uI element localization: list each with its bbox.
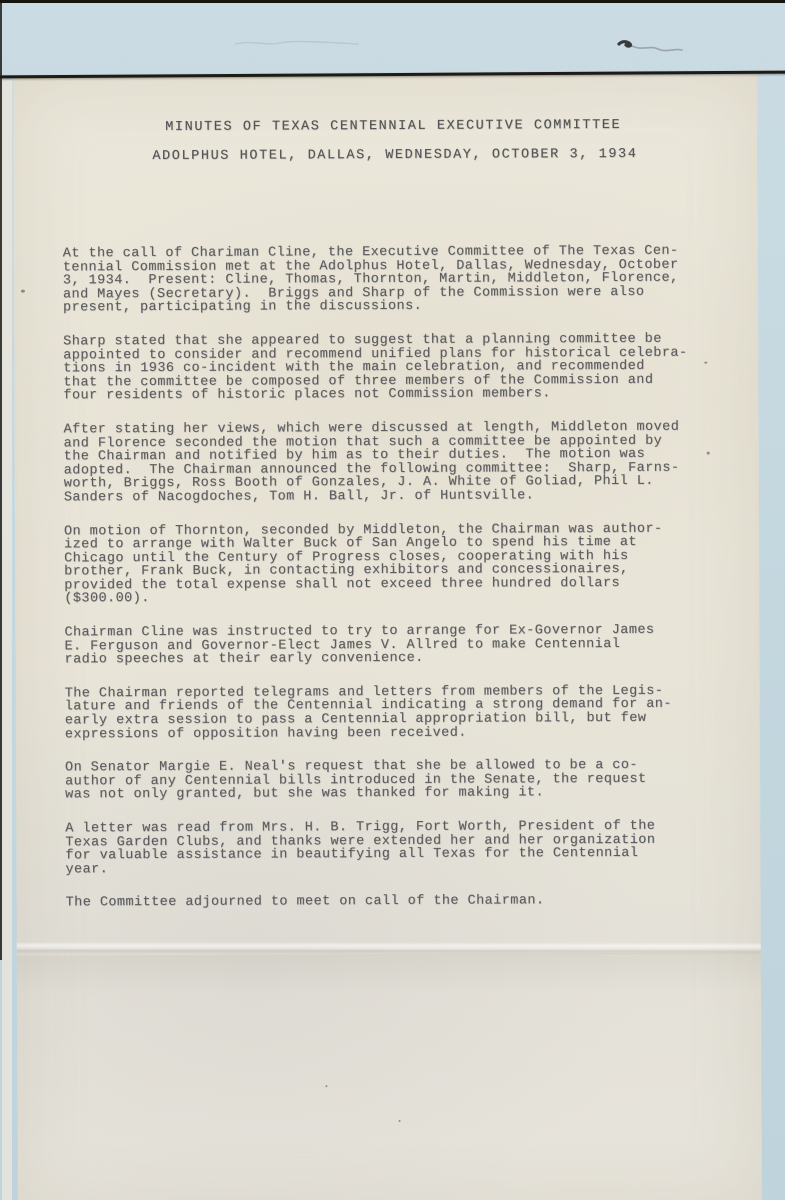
paragraph: A letter was read from Mrs. H. B. Trigg,…	[65, 820, 725, 877]
faint-smudge-mark	[232, 30, 362, 54]
paragraph: On Senator Margie E. Neal's request that…	[65, 759, 725, 803]
document-title: MINUTES OF TEXAS CENTENNIAL EXECUTIVE CO…	[165, 119, 621, 135]
paper-speck	[325, 1085, 327, 1087]
paragraph: After stating her views, which were disc…	[64, 420, 724, 504]
document-paper: MINUTES OF TEXAS CENTENNIAL EXECUTIVE CO…	[13, 74, 762, 1200]
under-sheet-edge	[2, 80, 12, 1200]
paragraph: Chairman Cline was instructed to try to …	[64, 624, 724, 668]
paragraph: The Chairman reported telegrams and lett…	[65, 684, 725, 741]
document-body: At the call of Chariman Cline, the Execu…	[63, 245, 726, 931]
paragraph: At the call of Chariman Cline, the Execu…	[63, 245, 723, 316]
paper-speck	[399, 1120, 401, 1122]
paper-speck	[21, 290, 25, 293]
paragraph: The Committee adjourned to meet on call …	[66, 894, 726, 910]
paper-speck	[707, 452, 710, 455]
pencil-squiggle-mark	[616, 33, 686, 59]
scan-left-edge	[0, 0, 2, 960]
paragraph: On motion of Thornton, seconded by Middl…	[64, 522, 724, 606]
paragraph: Sharp stated that she appeared to sugges…	[63, 332, 723, 403]
scanned-document-page: MINUTES OF TEXAS CENTENNIAL EXECUTIVE CO…	[0, 0, 785, 1200]
scan-top-edge	[0, 0, 785, 3]
paper-speck	[704, 362, 707, 364]
fold-crease-shadow	[17, 952, 761, 995]
document-subtitle: ADOLPHUS HOTEL, DALLAS, WEDNESDAY, OCTOB…	[152, 148, 637, 164]
